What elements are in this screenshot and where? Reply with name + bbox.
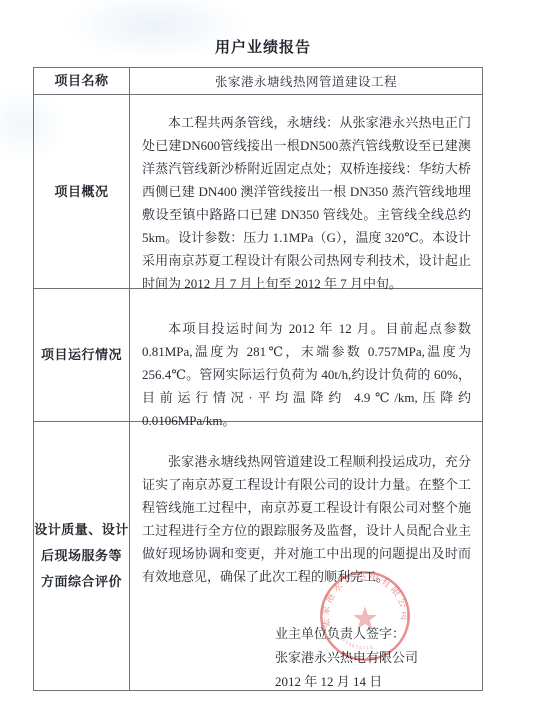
table-row-project-overview: 项目概况 本工程共两条管线，永塘线：从张家港永兴热电正门处已建DN600管线接出… — [34, 94, 482, 288]
table-row-project-name: 项目名称 张家港永塘线热网管道建设工程 — [34, 68, 482, 94]
signature-date-line: 2012 年 12 月 14 日 — [275, 670, 482, 694]
project-operation-text: 本项目投运时间为 2012 年 12 月。目前起点参数 0.81MPa,温度为 … — [130, 289, 482, 432]
project-name-value: 张家港永塘线热网管道建设工程 — [130, 68, 482, 94]
performance-report-table: 项目名称 张家港永塘线热网管道建设工程 项目概况 本工程共两条管线，永塘线：从张… — [33, 67, 483, 691]
label-project-operation: 项目运行情况 — [34, 289, 130, 421]
label-project-overview: 项目概况 — [34, 95, 130, 288]
scanned-report-page: 用户业绩报告 项目名称 张家港永塘线热网管道建设工程 项目概况 本工程共两条管线… — [0, 0, 534, 728]
owner-company-line: 张家港永兴热电有限公司 — [275, 646, 482, 670]
label-project-name: 项目名称 — [34, 68, 130, 94]
label-evaluation: 设计质量、设计 后现场服务等 方面综合评价 — [34, 422, 130, 690]
project-overview-cell: 本工程共两条管线，永塘线：从张家港永兴热电正门处已建DN600管线接出一根DN5… — [130, 95, 482, 288]
project-overview-text: 本工程共两条管线，永塘线：从张家港永兴热电正门处已建DN600管线接出一根DN5… — [130, 95, 482, 295]
evaluation-cell: 张家港永塘线热网管道建设工程顺利投运成功，充分证实了南京苏夏工程设计有限公司的设… — [130, 422, 482, 690]
table-row-project-operation: 项目运行情况 本项目投运时间为 2012 年 12 月。目前起点参数 0.81M… — [34, 288, 482, 421]
signature-block: 业主单位负责人签字： 张家港永兴热电有限公司 2012 年 12 月 14 日 — [275, 622, 482, 694]
project-operation-cell: 本项目投运时间为 2012 年 12 月。目前起点参数 0.81MPa,温度为 … — [130, 289, 482, 421]
evaluation-text: 张家港永塘线热网管道建设工程顺利投运成功，充分证实了南京苏夏工程设计有限公司的设… — [130, 422, 482, 588]
page-title: 用户业绩报告 — [33, 36, 493, 57]
table-row-evaluation: 设计质量、设计 后现场服务等 方面综合评价 张家港永塘线热网管道建设工程顺利投运… — [34, 421, 482, 690]
owner-signature-line: 业主单位负责人签字： — [275, 622, 482, 646]
